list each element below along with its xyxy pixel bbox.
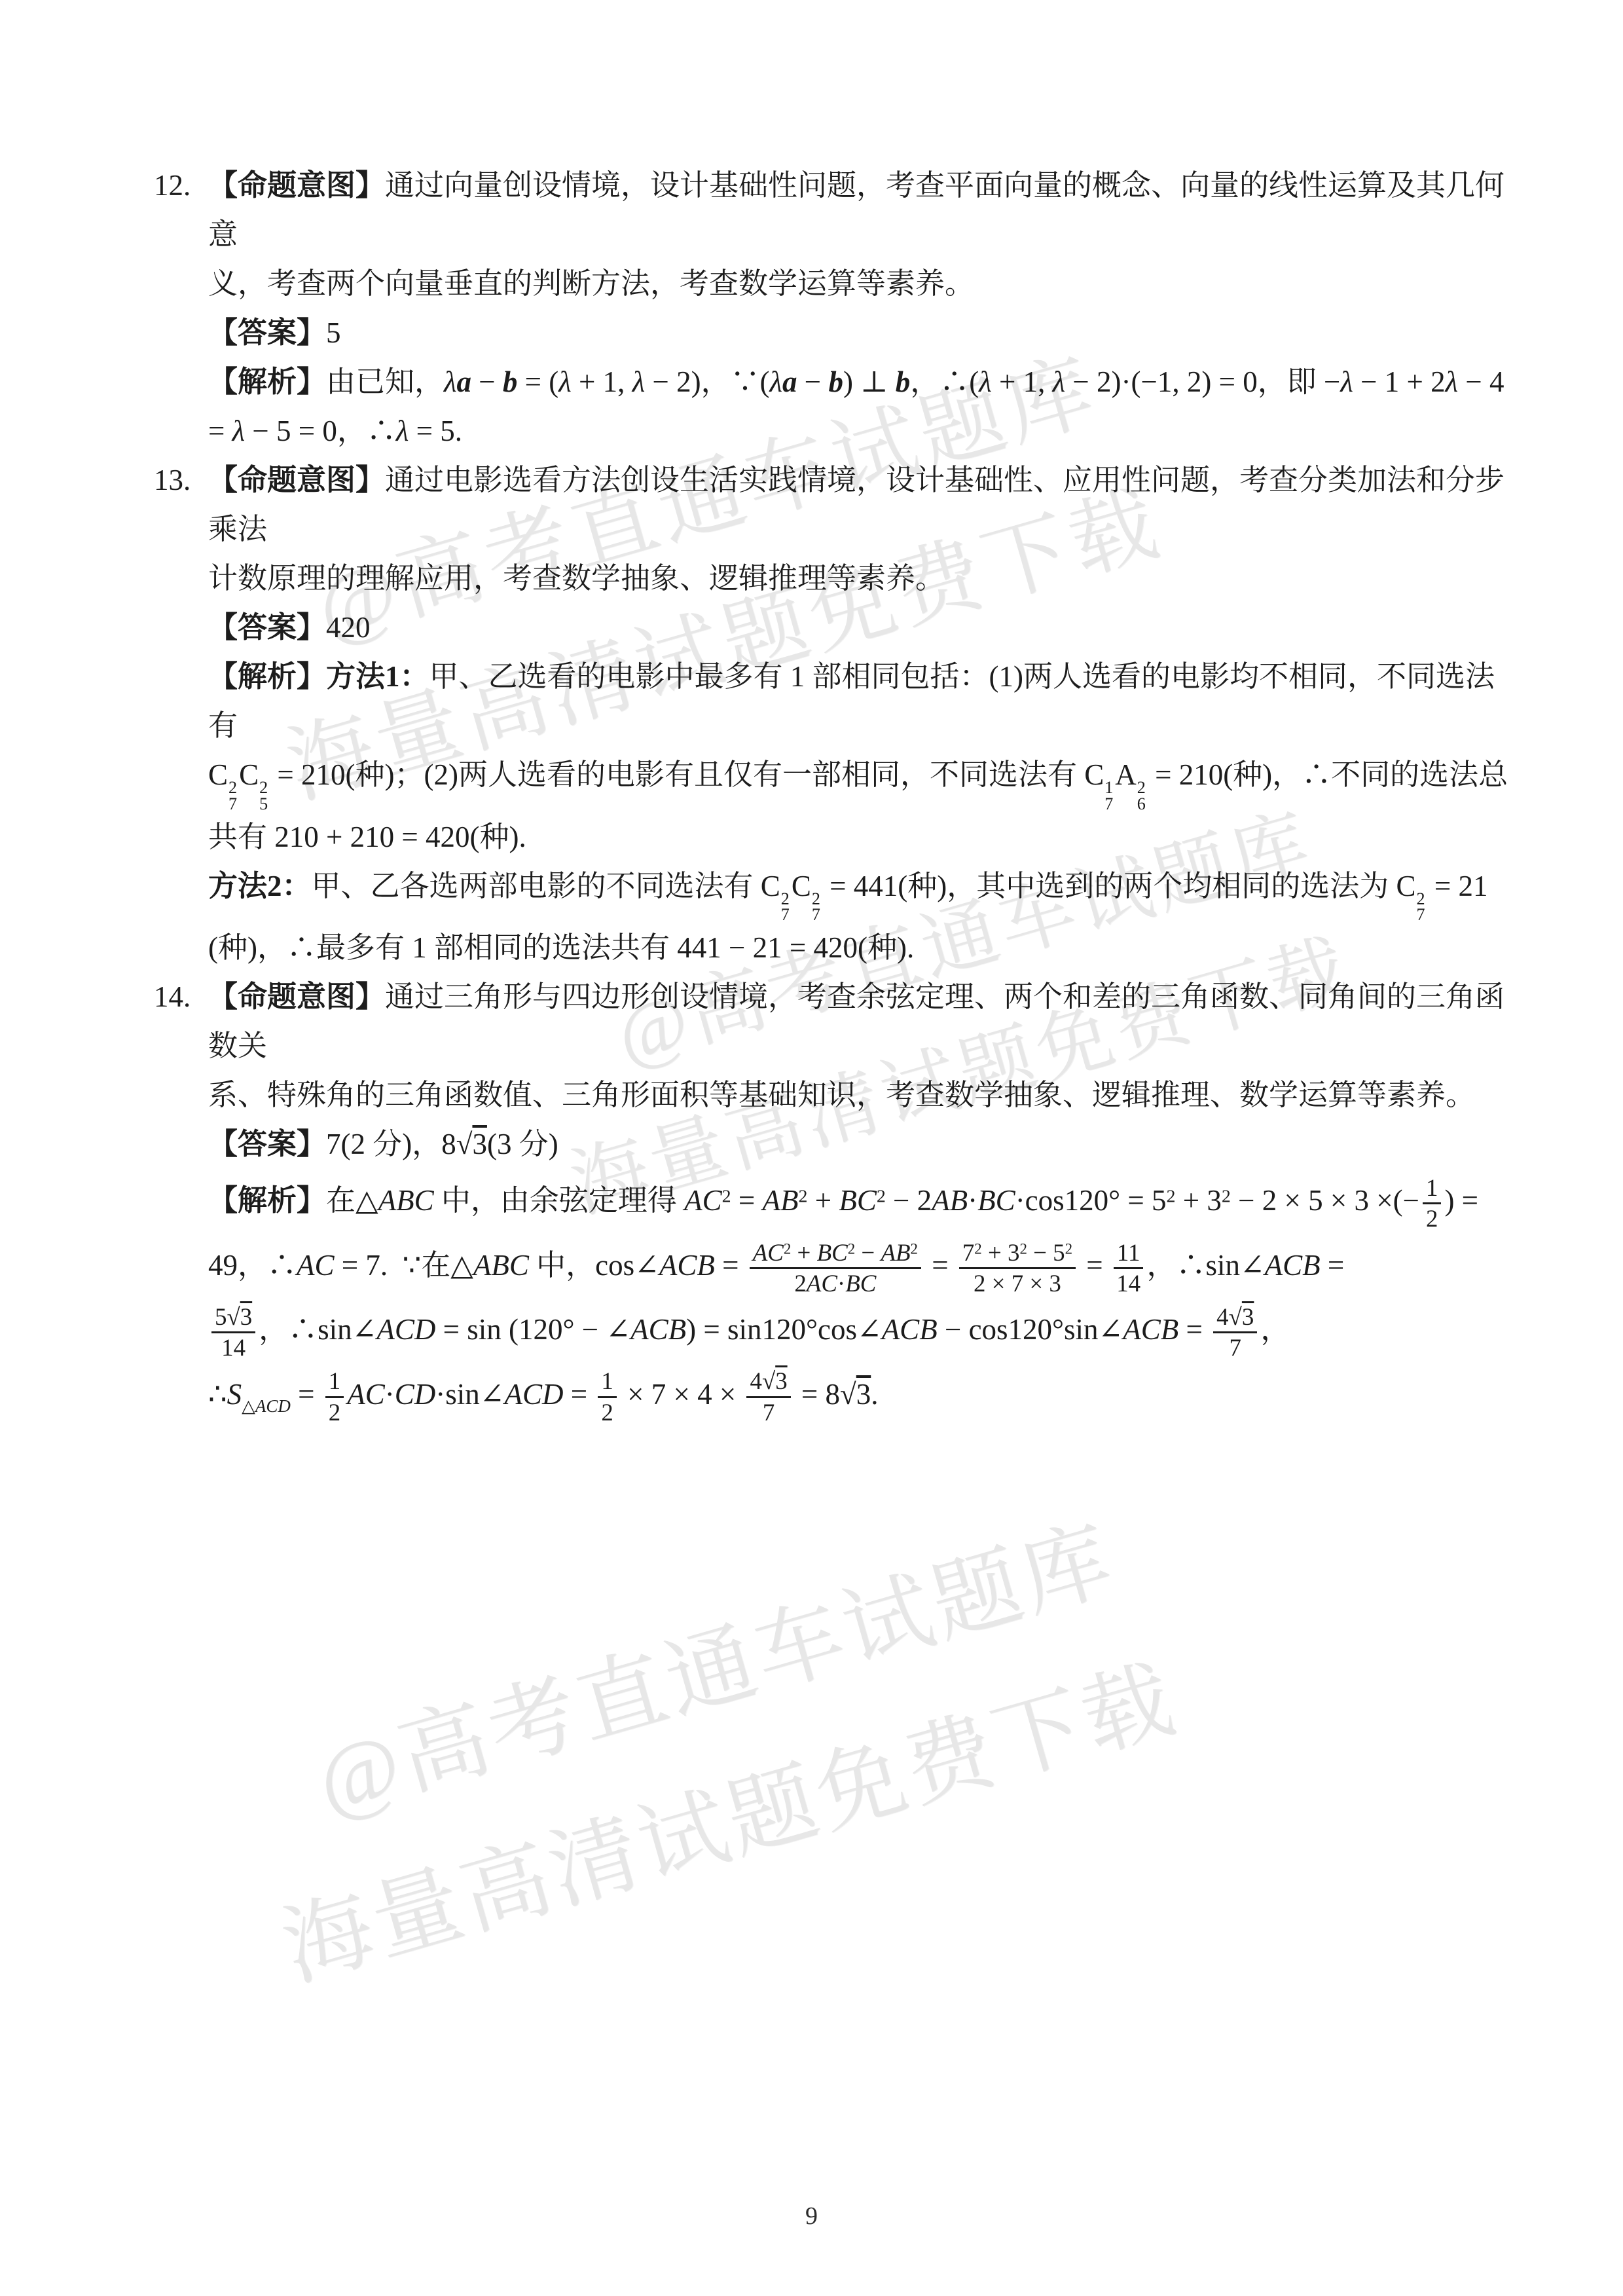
line-text: 【解析】由已知，λa − b = (λ + 1, λ − 2)，∵(λa − b… bbox=[208, 365, 1504, 398]
line-text: 义，考查两个向量垂直的判断方法，考查数学运算等素养。 bbox=[208, 267, 974, 300]
text-line: 【答案】7(2 分)，8√3(3 分) bbox=[154, 1120, 1512, 1169]
line-text: 【答案】420 bbox=[208, 611, 371, 644]
line-text: 【答案】5 bbox=[208, 316, 341, 349]
text-line: 系、特殊角的三角函数值、三角形面积等基础知识，考查数学抽象、逻辑推理、数学运算等… bbox=[154, 1071, 1512, 1120]
text-line: 13. 【命题意图】通过电影选看方法创设生活实践情境，设计基础性、应用性问题，考… bbox=[154, 456, 1512, 554]
text-line: = λ − 5 = 0，∴λ = 5. bbox=[154, 407, 1512, 456]
line-text: 共有 210 + 210 = 420(种). bbox=[208, 821, 526, 853]
text-line: C27C25 = 210(种)；(2)两人选看的电影有且仅有一部相同，不同选法有… bbox=[154, 750, 1512, 813]
text-line: 【解析】方法1：甲、乙选看的电影中最多有 1 部相同包括：(1)两人选看的电影均… bbox=[154, 652, 1512, 750]
text-line: 【答案】5 bbox=[154, 308, 1512, 358]
text-line: 方法2：甲、乙各选两部电影的不同选法有 C27C27 = 441(种)，其中选到… bbox=[154, 862, 1512, 924]
item-number: 13. bbox=[154, 456, 191, 505]
text-line: 【答案】420 bbox=[154, 603, 1512, 652]
line-text: 【解析】方法1：甲、乙选看的电影中最多有 1 部相同包括：(1)两人选看的电影均… bbox=[208, 660, 1495, 742]
text-line: 12. 【命题意图】通过向量创设情境，设计基础性问题，考查平面向量的概念、向量的… bbox=[154, 161, 1512, 259]
text-line: 14. 【命题意图】通过三角形与四边形创设情境，考查余弦定理、两个和差的三角函数… bbox=[154, 972, 1512, 1071]
text-line: ∴S△ACD = 12AC·CD·sin∠ACD = 12 × 7 × 4 × … bbox=[154, 1363, 1512, 1438]
text-line: 49，∴AC = 7. ∵在△ABC 中，cos∠ACB = AC2 + BC2… bbox=[154, 1234, 1512, 1298]
item-number: 12. bbox=[154, 161, 191, 210]
line-text: 49，∴AC = 7. ∵在△ABC 中，cos∠ACB = AC2 + BC2… bbox=[208, 1249, 1344, 1282]
line-text: 【命题意图】通过三角形与四边形创设情境，考查余弦定理、两个和差的三角函数、同角间… bbox=[208, 980, 1504, 1062]
line-text: 【命题意图】通过向量创设情境，设计基础性问题，考查平面向量的概念、向量的线性运算… bbox=[208, 169, 1504, 251]
line-text: C27C25 = 210(种)；(2)两人选看的电影有且仅有一部相同，不同选法有… bbox=[208, 758, 1508, 791]
line-text: 5√314，∴sin∠ACD = sin (120° − ∠ACB) = sin… bbox=[208, 1313, 1290, 1346]
page-number: 9 bbox=[0, 2202, 1623, 2231]
text-line: 【解析】在△ABC 中，由余弦定理得 AC2 = AB2 + BC2 − 2AB… bbox=[154, 1169, 1512, 1233]
line-text: 【解析】在△ABC 中，由余弦定理得 AC2 = AB2 + BC2 − 2AB… bbox=[208, 1184, 1478, 1217]
line-text: 计数原理的理解应用，考查数学抽象、逻辑推理等素养。 bbox=[208, 562, 945, 595]
line-text: 【命题意图】通过电影选看方法创设生活实践情境，设计基础性、应用性问题，考查分类加… bbox=[208, 464, 1504, 546]
line-text: 系、特殊角的三角函数值、三角形面积等基础知识，考查数学抽象、逻辑推理、数学运算等… bbox=[208, 1079, 1475, 1111]
text-line: 计数原理的理解应用，考查数学抽象、逻辑推理等素养。 bbox=[154, 554, 1512, 603]
line-text: 【答案】7(2 分)，8√3(3 分) bbox=[208, 1128, 558, 1160]
watermark-block-3: @高考直通车试题库 海量高清试题免费下载 bbox=[308, 1509, 1186, 1972]
answer-key-content: 12. 【命题意图】通过向量创设情境，设计基础性问题，考查平面向量的概念、向量的… bbox=[154, 161, 1512, 1438]
text-line: (种)，∴最多有 1 部相同的选法共有 441 − 21 = 420(种). bbox=[154, 923, 1512, 972]
line-text: = λ − 5 = 0，∴λ = 5. bbox=[208, 415, 462, 447]
item-number: 14. bbox=[154, 972, 191, 1022]
text-line: 共有 210 + 210 = 420(种). bbox=[154, 813, 1512, 862]
document-page: @高考直通车试题库 海量高清试题免费下载 @高考直通车试题库 海量高清试题免费下… bbox=[0, 0, 1623, 2296]
line-text: ∴S△ACD = 12AC·CD·sin∠ACD = 12 × 7 × 4 × … bbox=[208, 1378, 878, 1411]
text-line: 【解析】由已知，λa − b = (λ + 1, λ − 2)，∵(λa − b… bbox=[154, 358, 1512, 407]
text-line: 义，考查两个向量垂直的判断方法，考查数学运算等素养。 bbox=[154, 259, 1512, 308]
line-text: (种)，∴最多有 1 部相同的选法共有 441 − 21 = 420(种). bbox=[208, 931, 914, 964]
text-line: 5√314，∴sin∠ACD = sin (120° − ∠ACB) = sin… bbox=[154, 1298, 1512, 1362]
line-text: 方法2：甲、乙各选两部电影的不同选法有 C27C27 = 441(种)，其中选到… bbox=[208, 870, 1487, 902]
